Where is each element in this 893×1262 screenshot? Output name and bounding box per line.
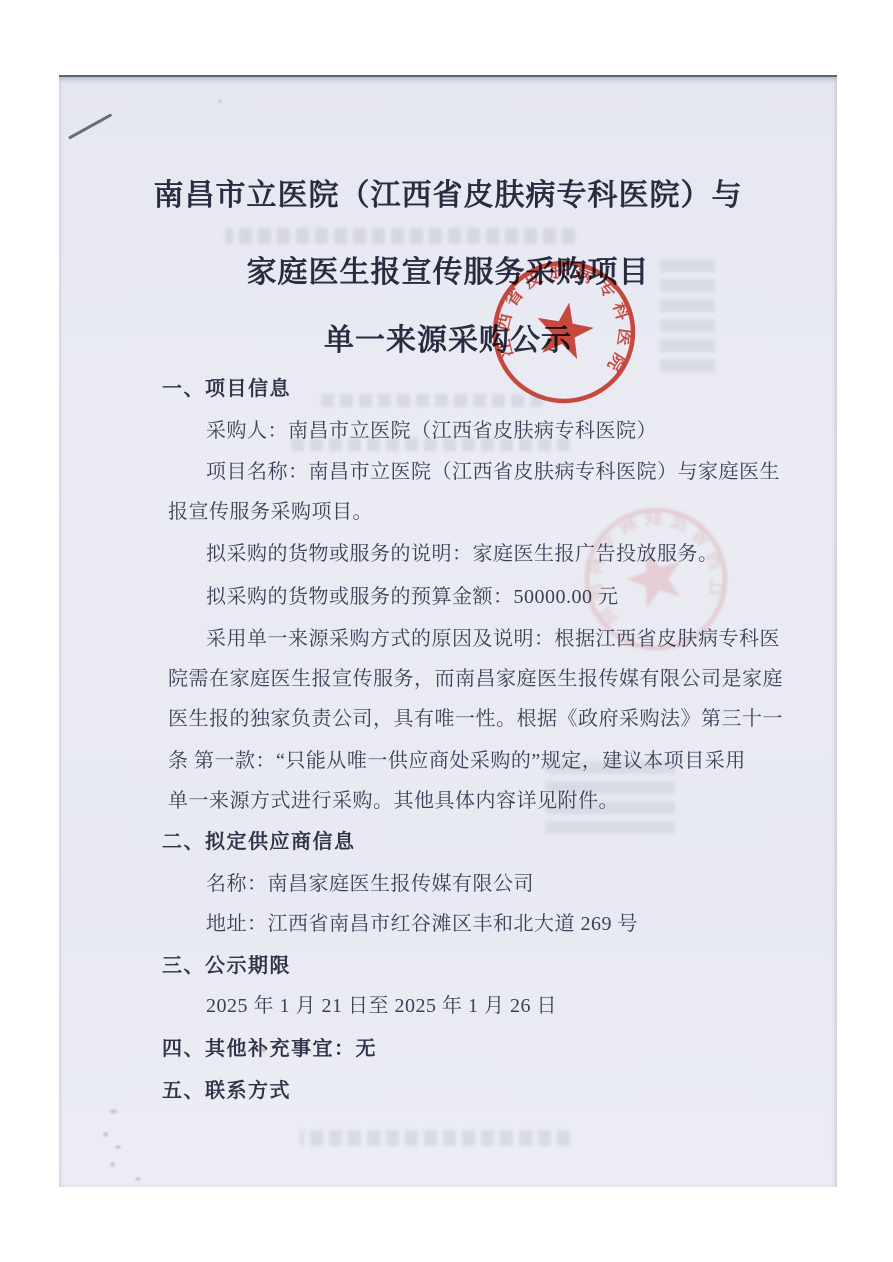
pen-mark xyxy=(68,113,112,139)
section-heading-3: 三、公示期限 xyxy=(162,949,291,978)
bleed-through-mark xyxy=(225,228,575,244)
bleed-through-mark xyxy=(290,438,570,451)
bleed-through-mark xyxy=(660,252,715,372)
scan-speck xyxy=(103,1132,108,1137)
bleed-through-mark xyxy=(318,394,543,407)
scanned-document: 南昌市立医院（江西省皮肤病专科医院）与 家庭医生报宣传服务采购项目 单一来源采购… xyxy=(0,0,893,1262)
section-heading-4: 四、其他补充事宜：无 xyxy=(162,1032,377,1061)
doc-title-line-3: 单一来源采购公示 xyxy=(59,315,837,359)
scan-speck xyxy=(262,1048,266,1052)
text-line: 名称：南昌家庭医生报传媒有限公司 xyxy=(206,867,534,896)
text-line: 院需在家庭医生报宣传服务，而南昌家庭医生报传媒有限公司是家庭 xyxy=(168,662,783,691)
section-heading-2: 二、拟定供应商信息 xyxy=(162,825,356,854)
section-heading-1: 一、项目信息 xyxy=(162,372,291,401)
bleed-through-mark xyxy=(545,754,675,834)
scan-speck xyxy=(135,1177,141,1181)
scan-speck xyxy=(218,100,222,103)
text-line: 医生报的独家负责公司，具有唯一性。根据《政府采购法》第三十一 xyxy=(168,702,783,731)
scan-speck xyxy=(115,1145,121,1149)
text-line: 项目名称：南昌市立医院（江西省皮肤病专科医院）与家庭医生 xyxy=(206,455,780,484)
text-line: 报宣传服务采购项目。 xyxy=(168,495,373,524)
section-heading-5: 五、联系方式 xyxy=(162,1074,291,1103)
scan-speck xyxy=(110,1109,117,1114)
doc-title-line-1: 南昌市立医院（江西省皮肤病专科医院）与 xyxy=(59,170,837,214)
text-line: 地址：江西省南昌市红谷滩区丰和北大道 269 号 xyxy=(206,907,638,936)
text-line: 2025 年 1 月 21 日至 2025 年 1 月 26 日 xyxy=(206,989,557,1018)
document-page: 南昌市立医院（江西省皮肤病专科医院）与 家庭医生报宣传服务采购项目 单一来源采购… xyxy=(59,75,837,1187)
star-icon xyxy=(532,298,598,361)
text-line: 拟采购的货物或服务的预算金额：50000.00 元 xyxy=(206,580,619,609)
doc-title-line-2: 家庭医生报宣传服务采购项目 xyxy=(59,247,837,291)
scan-speck xyxy=(110,1162,115,1167)
bleed-through-mark xyxy=(300,1130,570,1146)
